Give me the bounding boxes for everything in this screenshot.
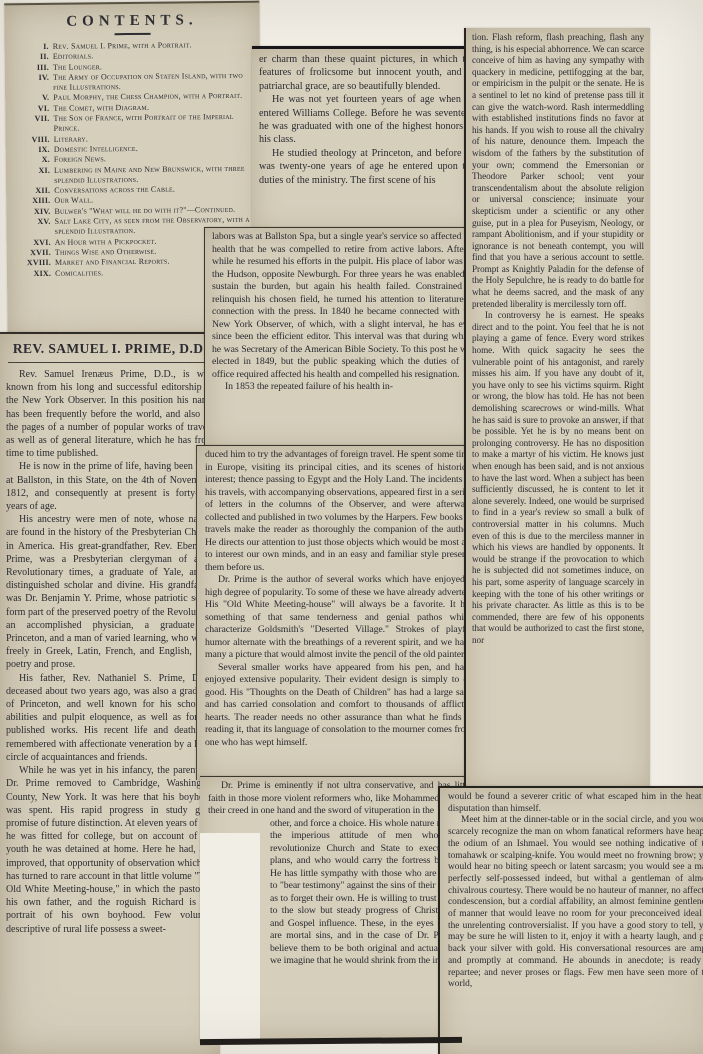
article-paragraph: He was not yet fourteen years of age whe… (259, 93, 475, 147)
article-paragraph: In controversy he is earnest. He speaks … (472, 310, 644, 646)
article-right-clipping: tion. Flash reform, flash preaching, fla… (464, 28, 650, 789)
article-left-clipping: REV. SAMUEL I. PRIME, D.D. Rev. Samuel I… (0, 332, 220, 1054)
article-paragraph: He studied theology at Princeton, and be… (259, 147, 475, 187)
toc-item-number: XIV. (10, 207, 54, 218)
article-paragraph: Dr. Prime is the author of several works… (205, 574, 473, 662)
toc-item-number: XV. (10, 217, 54, 238)
toc-item-number: XIII. (10, 196, 54, 207)
toc-item-number: VI. (9, 104, 53, 115)
toc-item-number: IX. (10, 145, 54, 156)
article-heading: REV. SAMUEL I. PRIME, D.D. (8, 341, 212, 363)
contents-title: CONTENTS. (8, 12, 255, 32)
paper-cutout (200, 833, 260, 1042)
toc-item-number: VII. (9, 114, 53, 135)
article-middle-top-clipping: er charm than these quaint pictures, in … (252, 46, 482, 234)
toc-item-number: XVII. (11, 248, 55, 259)
toc-item: XI. Lumbering in Maine and New Brunswick… (10, 163, 257, 186)
article-paragraph: In 1853 the repeated failure of his heal… (212, 381, 475, 394)
toc-item: VII. The Son of France, with Portrait of… (9, 112, 256, 135)
article-paragraph: He is now in the prime of life, having b… (6, 460, 214, 513)
toc-item: IV. The Army of Occupation on Staten Isl… (9, 71, 256, 94)
article-paragraph: Dr. Prime is eminently if not ultra cons… (208, 780, 472, 818)
toc-item-number: X. (10, 155, 54, 166)
article-paragraph: duced him to try the advantages of forei… (205, 449, 473, 574)
toc-item-number: IV. (9, 73, 53, 94)
article-paragraph: er charm than these quaint pictures, in … (259, 53, 475, 93)
title-rule (114, 33, 150, 35)
toc-item-number: XVIII. (11, 258, 55, 269)
article-paragraph: would be found a severer critic of what … (448, 792, 703, 815)
toc-item-number: XII. (10, 186, 54, 197)
toc-item-number: XIX. (11, 268, 55, 279)
toc-item-text: The Son of France, with Portrait of the … (53, 112, 256, 135)
toc-item-number: V. (9, 93, 53, 104)
article-middle-wide-clipping-1: labors was at Ballston Spa, but a single… (204, 227, 482, 449)
clipping-edge-bar (200, 1037, 462, 1045)
article-paragraph: His father, Rev. Nathaniel S. Prime, D.D… (6, 672, 214, 764)
toc-item-number: III. (9, 62, 53, 73)
article-paragraph: Meet him at the dinner-table or in the s… (448, 815, 703, 991)
scrapbook-page: CONTENTS. I. Rev. Samuel I. Prime, with … (0, 0, 703, 1054)
toc-item-text: Lumbering in Maine and New Brunswick, wi… (54, 163, 257, 186)
article-paragraph: labors was at Ballston Spa, but a single… (212, 231, 475, 381)
article-paragraph: Several smaller works have appeared from… (205, 662, 473, 750)
article-middle-wide-clipping-2: duced him to try the advantages of forei… (196, 445, 481, 780)
article-paragraph: While he was yet in his infancy, the par… (6, 764, 214, 936)
toc-item-number: VIII. (10, 135, 54, 146)
article-bottom-clipping: would be found a severer critic of what … (438, 786, 703, 1054)
article-paragraph: tion. Flash reform, flash preaching, fla… (472, 32, 644, 310)
article-paragraph: His ancestry were men of note, whose nam… (6, 513, 214, 671)
toc-item-number: XI. (10, 165, 54, 186)
toc-item-number: II. (9, 52, 53, 63)
toc-item-number: I. (9, 42, 53, 53)
article-paragraph: Rev. Samuel Irenæus Prime, D.D., is well… (6, 368, 214, 460)
toc-item-number: XVI. (11, 237, 55, 248)
toc-item-text: The Army of Occupation on Staten Island,… (53, 71, 256, 94)
